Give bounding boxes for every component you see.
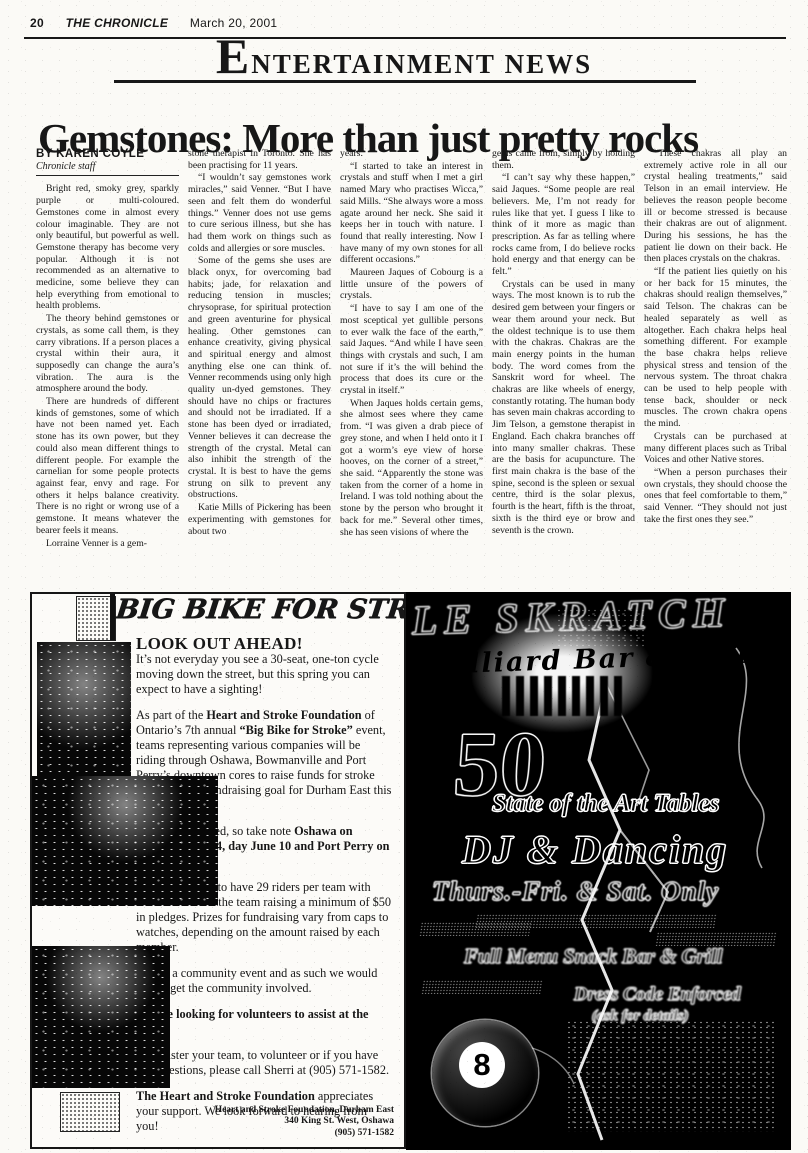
eight-ball: 8 bbox=[432, 1020, 538, 1126]
paragraph: “When a person purchases their own cryst… bbox=[644, 467, 787, 526]
footer-line: (905) 571-1582 bbox=[215, 1128, 394, 1140]
paragraph: “I can’t say why these happen,” said Jaq… bbox=[492, 172, 635, 277]
photo-cyclist-silhouettes bbox=[32, 946, 170, 1088]
le-skratch-ad: LE SKRATCH Billiard Bar & Grill 50 State… bbox=[406, 592, 791, 1150]
article-column-3: years. “I started to take an interest in… bbox=[340, 148, 483, 594]
paragraph: “I have to say I am one of the most scep… bbox=[340, 303, 483, 397]
byline: BY KAREN COYLE bbox=[36, 149, 179, 161]
paragraph: Katie Mills of Pickering has been experi… bbox=[188, 502, 331, 537]
paragraph: Some of the gems she uses are black onyx… bbox=[188, 255, 331, 501]
article-column-1: BY KAREN COYLE Chronicle staff Bright re… bbox=[36, 148, 179, 594]
paragraph: The theory behind gemstones or crystals,… bbox=[36, 313, 179, 395]
photo-bike-street bbox=[32, 776, 218, 906]
masthead: 20 THE CHRONICLE March 20, 2001 bbox=[30, 16, 295, 30]
illegible-text-line bbox=[655, 932, 777, 946]
illegible-logo-area bbox=[566, 1020, 776, 1132]
section-title-word1: ENTERTAINMENT bbox=[216, 41, 496, 80]
article-column-5: “These chakras all play an extremely act… bbox=[644, 148, 787, 594]
paragraph: gems came from, simply by holding them. bbox=[492, 148, 635, 171]
eight-ball-number: 8 bbox=[459, 1042, 505, 1088]
newspaper-page: 20 THE CHRONICLE March 20, 2001 ENTERTAI… bbox=[0, 0, 808, 1153]
paragraph: Maureen Jaques of Cobourg is a little un… bbox=[340, 267, 483, 302]
section-title-word2: NEWS bbox=[505, 49, 593, 79]
article-column-2: stone therapist in Toronto. She has been… bbox=[188, 148, 331, 594]
paragraph: “These chakras all play an extremely act… bbox=[644, 148, 787, 265]
section-banner-rule bbox=[114, 80, 696, 83]
paragraph: years. bbox=[340, 148, 483, 160]
publication-name: THE CHRONICLE bbox=[66, 16, 169, 30]
paragraph: Bright red, smoky grey, sparkly purple o… bbox=[36, 183, 179, 312]
building-skyline bbox=[502, 676, 622, 716]
paragraph: “If the patient lies quietly on his or h… bbox=[644, 266, 787, 430]
page-number: 20 bbox=[30, 16, 44, 30]
ad-paragraph: To register your team, to volunteer or i… bbox=[136, 1048, 392, 1078]
paragraph: “I wouldn’t say gemstones work miracles,… bbox=[188, 172, 331, 254]
illegible-text-line bbox=[421, 980, 543, 994]
paragraph: Crystals can be used in many ways. The m… bbox=[492, 279, 635, 536]
masthead-rule bbox=[24, 37, 786, 39]
paragraph: When Jaques holds certain gems, she almo… bbox=[340, 398, 483, 538]
footer-line: 340 King St. West, Oshawa bbox=[215, 1116, 394, 1128]
ad-paragraph: This is a community event and as such we… bbox=[136, 966, 392, 996]
big-bike-ad: BIG BIKE FOR STROKE LOOK OUT AHEAD! It’s… bbox=[30, 592, 406, 1149]
ad-heading: LOOK OUT AHEAD! bbox=[136, 636, 392, 651]
byline-credit: Chronicle staff bbox=[36, 161, 179, 177]
illegible-text-line bbox=[419, 922, 531, 936]
article-column-4: gems came from, simply by holding them. … bbox=[492, 148, 635, 594]
paragraph: There are hundreds of different kinds of… bbox=[36, 396, 179, 536]
ad-paragraph: We are looking for volunteers to assist … bbox=[136, 1007, 392, 1037]
big-bike-ad-footer: Heart and Stroke Foundation, Durham East… bbox=[215, 1105, 394, 1140]
paragraph: Crystals can be purchased at many differ… bbox=[644, 431, 787, 466]
section-banner: ENTERTAINMENT NEWS bbox=[0, 41, 808, 80]
paragraph: Lorraine Venner is a gem- bbox=[36, 538, 179, 550]
ad-paragraph: It’s not everyday you see a 30-seat, one… bbox=[136, 652, 392, 697]
halftone-box bbox=[60, 1092, 120, 1132]
paragraph: “I started to take an interest in crysta… bbox=[340, 161, 483, 266]
footer-line: Heart and Stroke Foundation, Durham East bbox=[215, 1105, 394, 1117]
paragraph: stone therapist in Toronto. She has been… bbox=[188, 148, 331, 171]
